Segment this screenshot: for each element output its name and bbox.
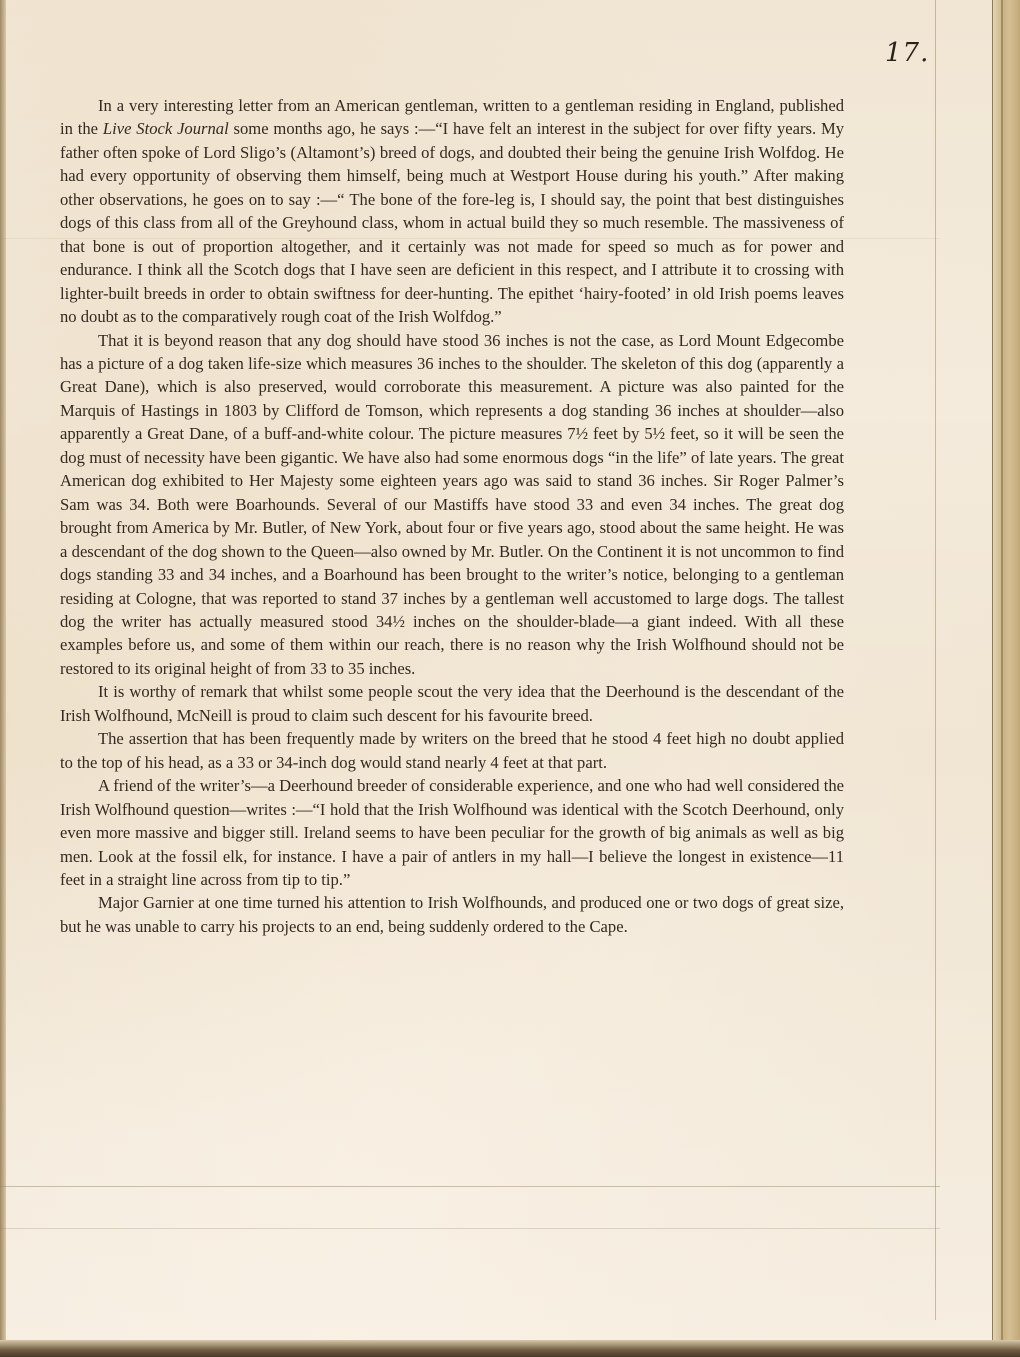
page-number: 17. [885,38,929,68]
paragraph-1: In a very interesting letter from an Ame… [60,94,844,329]
paper-crease [0,1228,940,1229]
paragraph-3: It is worthy of remark that whilst some … [60,680,844,727]
journal-title: Live Stock Journal [103,119,229,138]
paragraph-1-after: some months ago, he says :—“I have felt … [60,119,844,326]
paragraph-5: A friend of the writer’s—a Deerhound bre… [60,774,844,891]
paragraph-6: Major Garnier at one time turned his att… [60,891,844,938]
paragraph-4: The assertion that has been frequently m… [60,727,844,774]
book-binding-edge [992,0,1020,1357]
document-page: 17. In a very interesting letter from an… [0,0,995,1357]
page-fold-line [935,0,936,1320]
page-left-edge [0,0,6,1357]
paper-crease [0,1186,940,1187]
paragraph-2: That it is beyond reason that any dog sh… [60,329,844,681]
page-bottom-edge [0,1340,1020,1357]
body-text: In a very interesting letter from an Ame… [60,94,844,938]
